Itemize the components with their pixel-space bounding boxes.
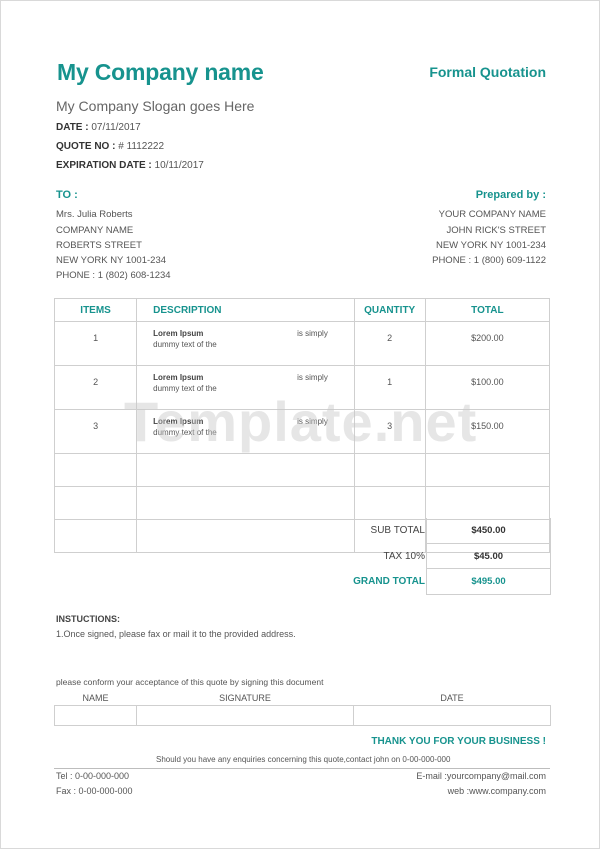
empty-table-row [55,454,550,487]
item-number: 3 [55,410,137,454]
empty-cell [55,520,137,553]
empty-cell [354,487,425,520]
empty-cell [55,487,137,520]
prepared-by-phone: PHONE : 1 (800) 609-1122 [432,255,546,266]
acceptance-text: please conform your acceptance of this q… [56,677,323,687]
item-quantity: 3 [354,410,425,454]
document-type-title: Formal Quotation [429,64,546,80]
footer-tel: Tel : 0-00-000-000 [56,771,129,781]
instructions-text: 1.Once signed, please fax or mail it to … [56,629,296,639]
signature-table: NAME SIGNATURE DATE [54,691,551,726]
subtotal-row: SUB TOTAL $450.00 [339,518,551,544]
tax-label: TAX 10% [384,551,426,562]
header-description: DESCRIPTION [137,299,354,322]
signature-field[interactable] [137,706,354,726]
expiration-date-label: EXPIRATION DATE : [56,160,152,171]
table-row: 3 Lorem Ipsum is simply dummy text of th… [55,410,550,454]
to-heading: TO : [56,189,78,201]
footer-email[interactable]: E-mail :yourcompany@mail.com [416,771,546,781]
grand-total-row: GRAND TOTAL $495.00 [339,569,551,595]
item-quantity: 2 [354,322,425,366]
totals-section: SUB TOTAL $450.00 TAX 10% $45.00 GRAND T… [339,518,551,595]
date-value: 07/11/2017 [91,122,140,133]
description-extra: is simply [297,329,328,338]
header-quantity: QUANTITY [354,299,425,322]
tax-row: TAX 10% $45.00 [339,544,551,570]
quote-date: DATE : 07/11/2017 [56,122,141,133]
quote-number-value: # 1112222 [118,141,164,152]
description-subtext: dummy text of the [153,340,217,349]
item-description: Lorem Ipsum is simply dummy text of the [137,322,354,366]
instructions-heading: INSTUCTIONS: [56,614,120,624]
prepared-by-street: JOHN RICK'S STREET [447,225,546,236]
item-description: Lorem Ipsum is simply dummy text of the [137,410,354,454]
item-number: 2 [55,366,137,410]
item-total: $200.00 [425,322,549,366]
description-subtext: dummy text of the [153,428,217,437]
item-number: 1 [55,322,137,366]
item-quantity: 1 [354,366,425,410]
date-label: DATE : [56,122,89,133]
description-extra: is simply [297,417,328,426]
to-name: Mrs. Julia Roberts [56,209,133,220]
description-title: Lorem Ipsum [153,329,203,338]
empty-cell [425,487,549,520]
table-row: 1 Lorem Ipsum is simply dummy text of th… [55,322,550,366]
to-phone: PHONE : 1 (802) 608-1234 [56,270,171,281]
date-field[interactable] [354,706,551,726]
quote-number-label: QUOTE NO : [56,141,115,152]
description-subtext: dummy text of the [153,384,217,393]
header-total: TOTAL [425,299,549,322]
company-slogan: My Company Slogan goes Here [56,98,254,114]
prepared-by-city: NEW YORK NY 1001-234 [436,240,546,251]
expiration-date-value: 10/11/2017 [155,160,204,171]
to-company: COMPANY NAME [56,225,133,236]
empty-cell [137,454,354,487]
description-extra: is simply [297,373,328,382]
subtotal-value: $450.00 [427,525,550,536]
item-description: Lorem Ipsum is simply dummy text of the [137,366,354,410]
expiration-date: EXPIRATION DATE : 10/11/2017 [56,160,204,171]
subtotal-label: SUB TOTAL [371,525,425,536]
to-street: ROBERTS STREET [56,240,142,251]
empty-cell [137,520,354,553]
header-items: ITEMS [55,299,137,322]
item-total: $150.00 [425,410,549,454]
items-table: ITEMS DESCRIPTION QUANTITY TOTAL 1 Lorem… [54,298,550,553]
description-title: Lorem Ipsum [153,373,203,382]
empty-cell [354,454,425,487]
name-field[interactable] [55,706,137,726]
signature-header-name: NAME [55,691,137,706]
prepared-by-company: YOUR COMPANY NAME [439,209,546,220]
table-row: 2 Lorem Ipsum is simply dummy text of th… [55,366,550,410]
signature-header-date: DATE [354,691,551,706]
grand-total-box: $495.00 [426,569,551,595]
company-name: My Company name [57,59,264,86]
empty-table-row [55,487,550,520]
quotation-page: My Company name Formal Quotation My Comp… [0,0,600,849]
quote-number: QUOTE NO : # 1112222 [56,141,164,152]
thank-you-message: THANK YOU FOR YOUR BUSINESS ! [371,736,546,747]
signature-header-signature: SIGNATURE [137,691,354,706]
to-city: NEW YORK NY 1001-234 [56,255,166,266]
description-title: Lorem Ipsum [153,417,203,426]
tax-value: $45.00 [427,551,550,562]
grand-total-label: GRAND TOTAL [353,576,425,587]
enquiry-note: Should you have any enquiries concerning… [156,755,450,764]
subtotal-box: $450.00 [426,518,551,544]
grand-total-value: $495.00 [427,576,550,587]
footer-fax: Fax : 0-00-000-000 [56,786,133,796]
empty-cell [55,454,137,487]
empty-cell [425,454,549,487]
empty-cell [137,487,354,520]
footer-web[interactable]: web :www.company.com [448,786,546,796]
prepared-by-heading: Prepared by : [476,189,546,201]
items-table-header: ITEMS DESCRIPTION QUANTITY TOTAL [55,299,550,322]
item-total: $100.00 [425,366,549,410]
tax-box: $45.00 [426,544,551,570]
footer-divider [54,768,550,769]
